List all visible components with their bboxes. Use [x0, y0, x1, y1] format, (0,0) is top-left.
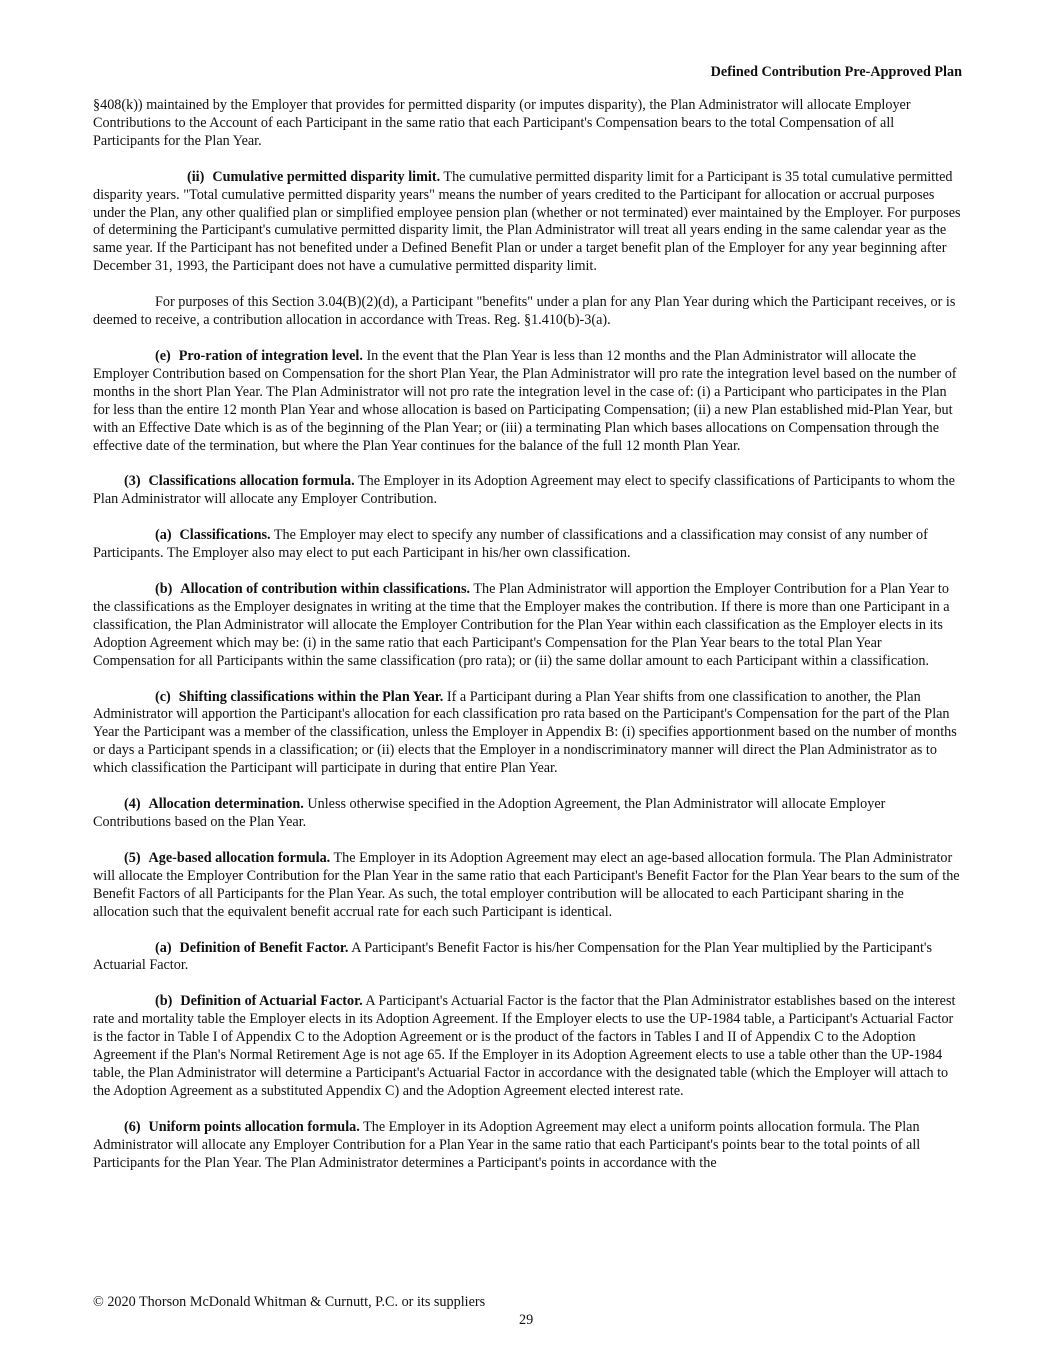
paragraph-continuation: §408(k)) maintained by the Employer that…	[93, 97, 963, 151]
paragraph-cumulative-disparity-limit: (ii)Cumulative permitted disparity limit…	[93, 169, 963, 276]
paragraph-classifications-formula: (3)Classifications allocation formula. T…	[93, 473, 963, 509]
paragraph-label: (a)Definition of Benefit Factor.	[155, 940, 348, 956]
paragraph-label: (3)Classifications allocation formula.	[124, 473, 355, 489]
paragraph-number: (6)	[124, 1119, 141, 1135]
paragraph-age-based-formula: (5)Age-based allocation formula. The Emp…	[93, 850, 963, 922]
paragraph-number: (3)	[124, 473, 141, 489]
paragraph-label: (5)Age-based allocation formula.	[124, 850, 330, 866]
paragraph-label: (b)Allocation of contribution within cla…	[155, 581, 470, 597]
paragraph-label: (6)Uniform points allocation formula.	[124, 1119, 360, 1135]
paragraph-label: (c)Shifting classifications within the P…	[155, 689, 443, 705]
paragraph-label: (a)Classifications.	[155, 527, 271, 543]
page-header-title: Defined Contribution Pre-Approved Plan	[711, 64, 962, 81]
paragraph-heading: Classifications.	[180, 527, 271, 543]
paragraph-allocation-determination: (4)Allocation determination. Unless othe…	[93, 796, 963, 832]
paragraph-number: (c)	[155, 689, 171, 705]
paragraph-heading: Age-based allocation formula.	[149, 850, 331, 866]
paragraph-benefit-factor: (a)Definition of Benefit Factor. A Parti…	[93, 940, 963, 976]
paragraph-number: (5)	[124, 850, 141, 866]
paragraph-label: (ii)Cumulative permitted disparity limit…	[187, 169, 440, 185]
paragraph-label: (b)Definition of Actuarial Factor.	[155, 993, 363, 1009]
paragraph-number: (b)	[155, 993, 172, 1009]
paragraph-actuarial-factor: (b)Definition of Actuarial Factor. A Par…	[93, 993, 963, 1100]
paragraph-heading: Allocation of contribution within classi…	[180, 581, 470, 597]
paragraph-heading: Shifting classifications within the Plan…	[179, 689, 444, 705]
paragraph-text: For purposes of this Section 3.04(B)(2)(…	[93, 294, 955, 328]
paragraph-uniform-points-formula: (6)Uniform points allocation formula. Th…	[93, 1119, 963, 1173]
paragraph-number: (b)	[155, 581, 172, 597]
paragraph-number: (4)	[124, 796, 141, 812]
paragraph-number: (ii)	[187, 169, 204, 185]
document-body: §408(k)) maintained by the Employer that…	[93, 97, 963, 1191]
paragraph-label: (e)Pro-ration of integration level.	[155, 348, 363, 364]
footer-copyright: © 2020 Thorson McDonald Whitman & Curnut…	[93, 1294, 485, 1311]
page-number: 29	[519, 1312, 533, 1329]
paragraph-number: (e)	[155, 348, 171, 364]
paragraph-shifting-classifications: (c)Shifting classifications within the P…	[93, 689, 963, 779]
paragraph-text: §408(k)) maintained by the Employer that…	[93, 97, 911, 149]
paragraph-benefits-definition: For purposes of this Section 3.04(B)(2)(…	[93, 294, 963, 330]
paragraph-number: (a)	[155, 940, 172, 956]
paragraph-heading: Definition of Benefit Factor.	[180, 940, 349, 956]
paragraph-number: (a)	[155, 527, 172, 543]
paragraph-heading: Cumulative permitted disparity limit.	[212, 169, 440, 185]
paragraph-heading: Uniform points allocation formula.	[149, 1119, 360, 1135]
paragraph-heading: Allocation determination.	[149, 796, 304, 812]
paragraph-pro-ration: (e)Pro-ration of integration level. In t…	[93, 348, 963, 455]
paragraph-heading: Pro-ration of integration level.	[179, 348, 363, 364]
paragraph-label: (4)Allocation determination.	[124, 796, 304, 812]
paragraph-allocation-within-classifications: (b)Allocation of contribution within cla…	[93, 581, 963, 671]
paragraph-heading: Classifications allocation formula.	[149, 473, 355, 489]
paragraph-heading: Definition of Actuarial Factor.	[180, 993, 362, 1009]
paragraph-classifications: (a)Classifications. The Employer may ele…	[93, 527, 963, 563]
